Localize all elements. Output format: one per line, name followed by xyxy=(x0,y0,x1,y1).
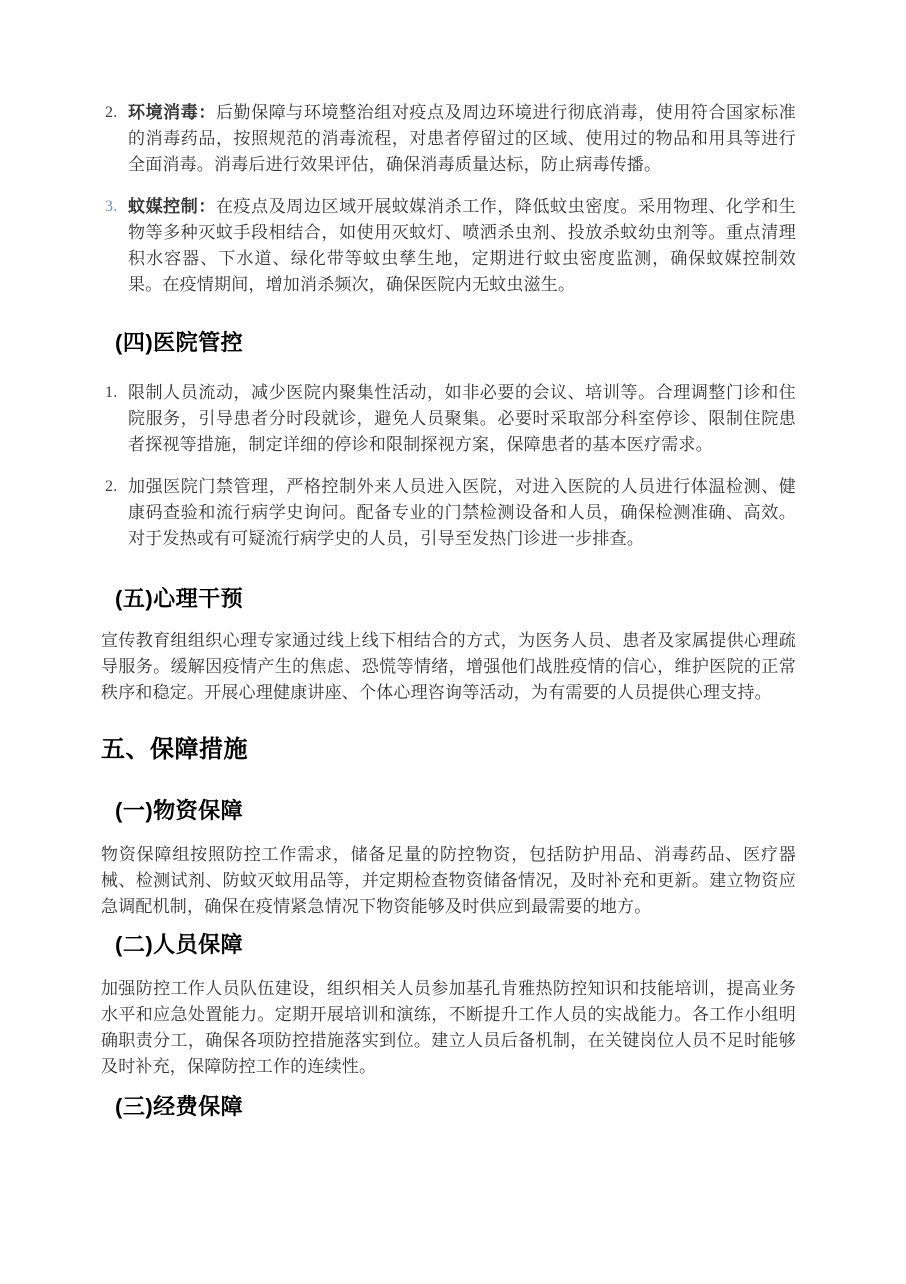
paragraph-psychological-intervention: 宣传教育组组织心理专家通过线上线下相结合的方式，为医务人员、患者及家属提供心理疏… xyxy=(101,628,796,706)
item-lead-label: 环境消毒： xyxy=(128,103,216,122)
heading-personnel-support: (二)人员保障 xyxy=(115,930,796,960)
heading-chapter-five-support-measures: 五、保障措施 xyxy=(101,734,796,766)
list-marker: 3. xyxy=(105,194,117,220)
item-text: 加强医院门禁管理，严格控制外来人员进入医院，对进入医院的人员进行体温检测、健康码… xyxy=(128,477,796,548)
paragraph-supplies-support: 物资保障组按照防控工作需求，储备足量的防控物资，包括防护用品、消毒药品、医疗器械… xyxy=(101,842,796,920)
list-item-body: 加强医院门禁管理，严格控制外来人员进入医院，对进入医院的人员进行体温检测、健康码… xyxy=(128,477,796,548)
disinfection-mosquito-list: 2. 环境消毒：后勤保障与环境整治组对疫点及周边环境进行彻底消毒，使用符合国家标… xyxy=(101,100,796,298)
list-marker: 2. xyxy=(105,474,117,500)
list-item-body: 环境消毒：后勤保障与环境整治组对疫点及周边环境进行彻底消毒，使用符合国家标准的消… xyxy=(128,103,796,174)
list-item-vector-control: 3. 蚊媒控制：在疫点及周边区域开展蚊媒消杀工作，降低蚊虫密度。采用物理、化学和… xyxy=(101,194,796,298)
hospital-control-list: 1. 限制人员流动，减少医院内聚集性活动，如非必要的会议、培训等。合理调整门诊和… xyxy=(101,380,796,552)
list-marker: 2. xyxy=(105,100,117,126)
item-text: 限制人员流动，减少医院内聚集性活动，如非必要的会议、培训等。合理调整门诊和住院服… xyxy=(128,383,796,454)
list-item-access-control: 2. 加强医院门禁管理，严格控制外来人员进入医院，对进入医院的人员进行体温检测、… xyxy=(101,474,796,552)
list-item-limit-flow: 1. 限制人员流动，减少医院内聚集性活动，如非必要的会议、培训等。合理调整门诊和… xyxy=(101,380,796,458)
item-text: 后勤保障与环境整治组对疫点及周边环境进行彻底消毒，使用符合国家标准的消毒药品，按… xyxy=(128,103,796,174)
item-lead-label: 蚊媒控制： xyxy=(128,197,216,216)
heading-psychological-intervention: (五)心理干预 xyxy=(115,584,796,614)
list-item-environment-disinfection: 2. 环境消毒：后勤保障与环境整治组对疫点及周边环境进行彻底消毒，使用符合国家标… xyxy=(101,100,796,178)
list-item-body: 限制人员流动，减少医院内聚集性活动，如非必要的会议、培训等。合理调整门诊和住院服… xyxy=(128,383,796,454)
heading-hospital-control: (四)医院管控 xyxy=(115,328,796,358)
heading-funding-support: (三)经费保障 xyxy=(115,1092,796,1122)
item-text: 在疫点及周边区域开展蚊媒消杀工作，降低蚊虫密度。采用物理、化学和生物等多种灭蚊手… xyxy=(128,197,796,294)
paragraph-personnel-support: 加强防控工作人员队伍建设，组织相关人员参加基孔肯雅热防控知识和技能培训，提高业务… xyxy=(101,976,796,1080)
heading-supplies-support: (一)物资保障 xyxy=(115,796,796,826)
list-marker: 1. xyxy=(105,380,117,406)
document-page: 2. 环境消毒：后勤保障与环境整治组对疫点及周边环境进行彻底消毒，使用符合国家标… xyxy=(0,0,906,1284)
list-item-body: 蚊媒控制：在疫点及周边区域开展蚊媒消杀工作，降低蚊虫密度。采用物理、化学和生物等… xyxy=(128,197,796,294)
